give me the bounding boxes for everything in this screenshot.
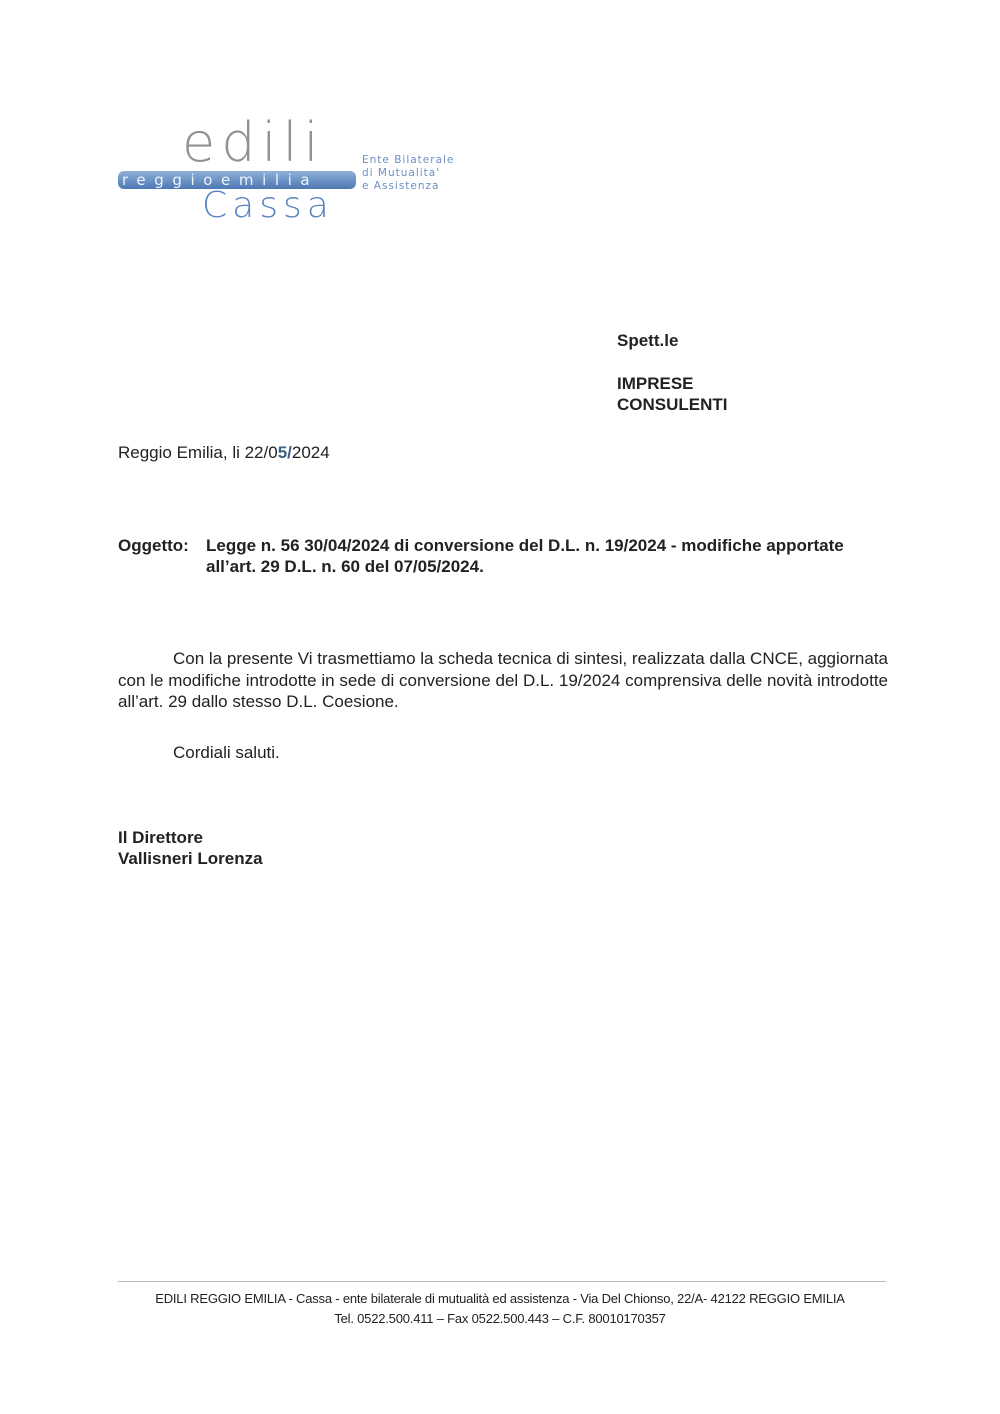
recipient-line: CONSULENTI — [617, 394, 728, 415]
recipient-block: Spett.le IMPRESE CONSULENTI — [617, 330, 728, 415]
body-paragraph-text: Con la presente Vi trasmettiamo la sched… — [118, 649, 888, 711]
logo-tagline: Ente Bilaterale di Mutualita' e Assisten… — [362, 154, 454, 193]
subject-label: Oggetto: — [118, 535, 206, 577]
date-suffix: 2024 — [292, 443, 330, 462]
subject-text: Legge n. 56 30/04/2024 di conversione de… — [206, 535, 858, 577]
body-paragraph: Con la presente Vi trasmettiamo la sched… — [118, 648, 888, 713]
signature-name: Vallisneri Lorenza — [118, 848, 263, 869]
closing-greeting: Cordiali saluti. — [173, 743, 280, 763]
logo-sub-brand: Cassa — [202, 188, 334, 224]
logo-tagline-line: e Assistenza — [362, 180, 454, 193]
logo-tagline-line: Ente Bilaterale — [362, 154, 454, 167]
logo-tagline-line: di Mutualita' — [362, 167, 454, 180]
subject-line: Oggetto: Legge n. 56 30/04/2024 di conve… — [118, 535, 858, 577]
footer-address: EDILI REGGIO EMILIA - Cassa - ente bilat… — [100, 1289, 900, 1309]
footer-divider — [118, 1281, 886, 1282]
recipient-salutation: Spett.le — [617, 330, 728, 351]
logo-brand-text: edili — [182, 116, 325, 170]
date-handwritten-correction: 5/ — [278, 443, 292, 462]
footer: EDILI REGGIO EMILIA - Cassa - ente bilat… — [100, 1289, 900, 1329]
letter-date: Reggio Emilia, li 22/05/2024 — [118, 443, 330, 463]
recipient-line: IMPRESE — [617, 373, 728, 394]
footer-contacts: Tel. 0522.500.411 – Fax 0522.500.443 – C… — [100, 1309, 900, 1329]
signature-block: Il Direttore Vallisneri Lorenza — [118, 827, 263, 869]
signature-title: Il Direttore — [118, 827, 263, 848]
company-logo: edili reggioemilia Cassa Ente Bilaterale… — [118, 122, 498, 230]
date-prefix: Reggio Emilia, li 22/0 — [118, 443, 278, 462]
